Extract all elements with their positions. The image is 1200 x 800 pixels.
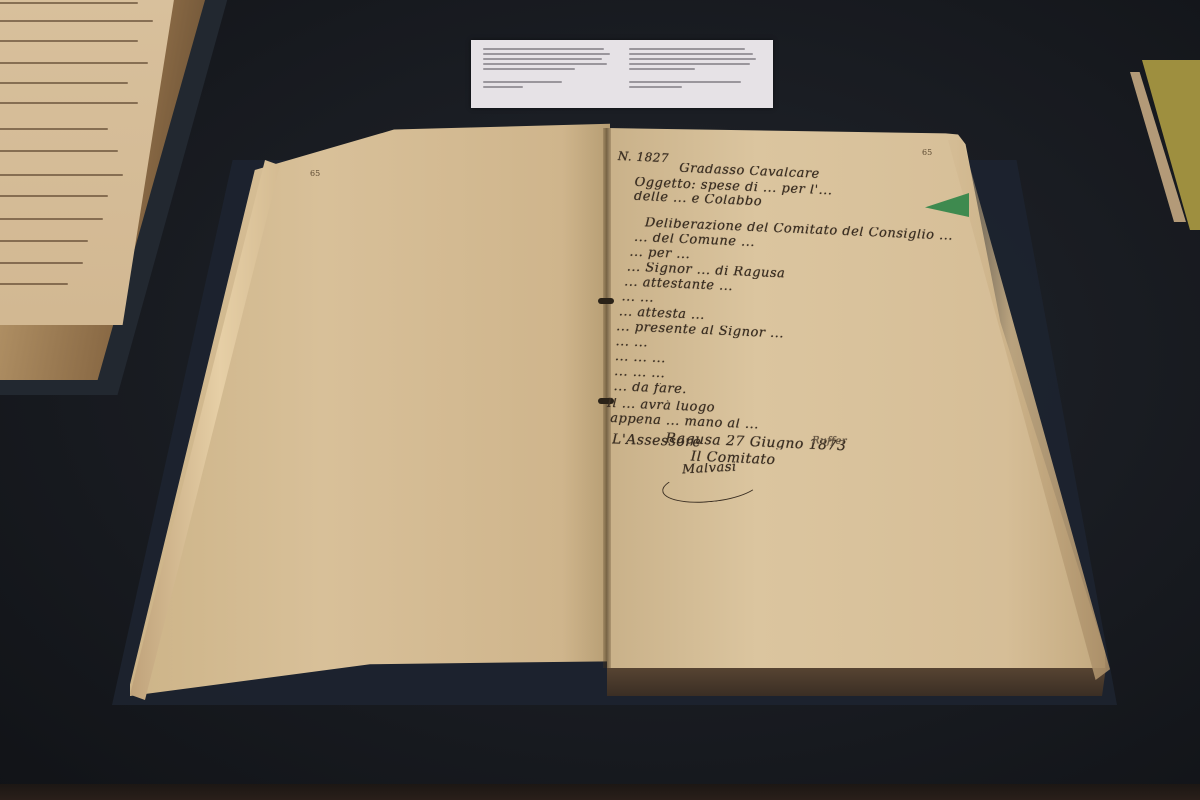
- adjacent-papers-right: [1130, 60, 1200, 230]
- caption-column-left: (illegible caption text): [483, 48, 615, 100]
- left-page-number: 65: [310, 169, 320, 178]
- right-page-number: 65: [922, 148, 932, 157]
- marginal-note: Ruffer: [812, 435, 892, 448]
- museum-caption-card: (illegible caption text) (illegible capt…: [471, 40, 773, 108]
- handwritten-entry: N. 1827 Gradasso Cavalcare Oggetto: spes…: [602, 150, 1017, 527]
- caption-column-right: (illegible caption text): [629, 48, 761, 100]
- display-case-frame: [0, 784, 1200, 800]
